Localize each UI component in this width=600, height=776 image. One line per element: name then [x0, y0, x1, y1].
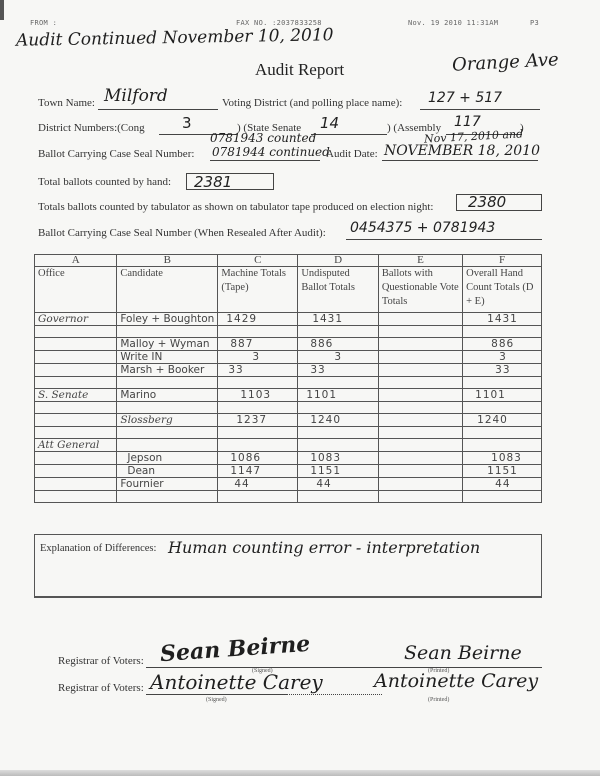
- cell-undisputed: [298, 326, 379, 338]
- cell-machine: 33: [218, 364, 298, 377]
- cell-office: [35, 402, 117, 414]
- scan-edge-bottom: [0, 770, 600, 776]
- cell-office: [35, 326, 117, 338]
- hand-count-value: 2381: [194, 173, 232, 191]
- cell-questionable: [378, 478, 462, 491]
- col-letter-a: A: [35, 255, 117, 267]
- assembly-value: 117: [454, 114, 481, 130]
- town-name-line: [98, 109, 218, 110]
- cell-machine: [218, 326, 298, 338]
- cell-hand-total: [463, 402, 542, 414]
- cell-undisputed: [298, 402, 379, 414]
- cell-hand-total: 1151: [463, 465, 542, 478]
- audit-date-label: Audit Date:: [326, 148, 378, 160]
- cell-hand-total: 886: [463, 338, 542, 351]
- seal-number-counted: 0781943 counted: [210, 131, 316, 145]
- cell-questionable: [378, 364, 462, 377]
- voting-district-line: [420, 109, 540, 110]
- cell-candidate: [117, 402, 218, 414]
- seal-number-line: [210, 160, 320, 161]
- resealed-value: 0454375 + 0781943: [350, 220, 495, 236]
- table-row: Dean 1147 1151 1151: [35, 465, 542, 478]
- explanation-value: Human counting error - interpretation: [168, 538, 480, 557]
- cell-hand-total: [463, 377, 542, 389]
- cell-hand-total: 44: [463, 478, 542, 491]
- cell-office: Governor: [35, 313, 117, 326]
- cell-machine: [218, 439, 298, 452]
- cell-machine: 1086: [218, 452, 298, 465]
- cell-undisputed: [298, 377, 379, 389]
- cell-machine: 1103: [218, 389, 298, 402]
- cell-undisputed: 1101: [298, 389, 379, 402]
- cell-undisputed: 1431: [298, 313, 379, 326]
- cell-undisputed: 44: [298, 478, 379, 491]
- cell-questionable: [378, 389, 462, 402]
- registrar-2-line: [146, 694, 286, 695]
- cell-office: [35, 478, 117, 491]
- state-senate-value: 14: [320, 114, 339, 132]
- cell-machine: 1429: [218, 313, 298, 326]
- registrar-2-signed-caption: (Signed): [206, 697, 227, 703]
- cell-hand-total: [463, 326, 542, 338]
- column-letter-row: A B C D E F: [35, 255, 542, 267]
- cell-undisputed: 1240: [298, 414, 379, 427]
- table-row: [35, 326, 542, 338]
- table-row: [35, 491, 542, 503]
- cell-undisputed: [298, 491, 379, 503]
- table-row: [35, 377, 542, 389]
- fax-from: FROM :: [30, 19, 57, 27]
- cell-candidate: Jepson: [117, 452, 218, 465]
- table-row: Jepson 1086 1083 1083: [35, 452, 542, 465]
- cell-candidate: Write IN: [117, 351, 218, 364]
- cell-office: [35, 351, 117, 364]
- col-letter-f: F: [463, 255, 542, 267]
- cell-candidate: [117, 491, 218, 503]
- cell-machine: [218, 402, 298, 414]
- cell-undisputed: 33: [298, 364, 379, 377]
- cell-questionable: [378, 439, 462, 452]
- scan-edge: [0, 0, 4, 20]
- registrar-2-printed-name: Antoinette Carey: [374, 670, 538, 692]
- tabulator-label: Totals ballots counted by tabulator as s…: [38, 201, 433, 213]
- cell-hand-total: 1101: [463, 389, 542, 402]
- audit-date-line: [382, 160, 538, 161]
- cell-hand-total: 3: [463, 351, 542, 364]
- tabulator-value: 2380: [468, 193, 506, 211]
- cell-office: [35, 452, 117, 465]
- town-name-value: Milford: [104, 86, 168, 106]
- table-row: Write IN 3 3 3: [35, 351, 542, 364]
- cell-candidate: [117, 326, 218, 338]
- table-row: Att General: [35, 439, 542, 452]
- registrar-1-signature: Sean Beirne: [159, 631, 311, 667]
- registrar-2-printed-caption: (Printed): [428, 697, 449, 703]
- table-row: [35, 402, 542, 414]
- cell-machine: 1237: [218, 414, 298, 427]
- cell-machine: 44: [218, 478, 298, 491]
- table-row: Marsh + Booker 33 33 33: [35, 364, 542, 377]
- table-row: Malloy + Wyman 887 886 886: [35, 338, 542, 351]
- table-row: [35, 427, 542, 439]
- cell-questionable: [378, 377, 462, 389]
- hand-count-label: Total ballots counted by hand:: [38, 176, 171, 188]
- registrar-1-printed-name: Sean Beirne: [404, 642, 522, 664]
- cell-undisputed: 886: [298, 338, 379, 351]
- cell-candidate: [117, 377, 218, 389]
- table-row: Slossberg 1237 1240 1240: [35, 414, 542, 427]
- header-questionable: Ballots with Questionable Vote Totals: [378, 267, 462, 313]
- cell-machine: [218, 377, 298, 389]
- cong-value: 3: [182, 114, 192, 132]
- col-letter-e: E: [378, 255, 462, 267]
- cell-candidate: [117, 427, 218, 439]
- cell-undisputed: [298, 427, 379, 439]
- explanation-label: Explanation of Differences:: [40, 543, 156, 554]
- cell-undisputed: [298, 439, 379, 452]
- resealed-line: [346, 239, 542, 240]
- cell-hand-total: 1083: [463, 452, 542, 465]
- voting-district-value: 127 + 517: [428, 90, 502, 106]
- col-letter-d: D: [298, 255, 379, 267]
- column-header-row: Office Candidate Machine Totals (Tape) U…: [35, 267, 542, 313]
- cell-machine: [218, 491, 298, 503]
- table-row: S. Senate Marino 1103 1101 1101: [35, 389, 542, 402]
- cell-undisputed: 1083: [298, 452, 379, 465]
- cell-office: [35, 414, 117, 427]
- registrar-2-label: Registrar of Voters:: [58, 682, 144, 694]
- cell-office: [35, 491, 117, 503]
- cell-questionable: [378, 351, 462, 364]
- cell-machine: 887: [218, 338, 298, 351]
- state-senate-line: [311, 134, 387, 135]
- cell-candidate: [117, 439, 218, 452]
- header-office: Office: [35, 267, 117, 313]
- cell-candidate: Fournier: [117, 478, 218, 491]
- registrar-2-line-dotted: [286, 694, 382, 695]
- fax-page: P3: [530, 19, 539, 27]
- cell-questionable: [378, 402, 462, 414]
- cell-candidate: Slossberg: [117, 414, 218, 427]
- cell-office: [35, 364, 117, 377]
- cell-candidate: Marino: [117, 389, 218, 402]
- cell-candidate: Dean: [117, 465, 218, 478]
- cell-questionable: [378, 427, 462, 439]
- cell-candidate: Marsh + Booker: [117, 364, 218, 377]
- header-hand-count: Overall Hand Count Totals (D + E): [463, 267, 542, 313]
- page-title: Audit Report: [255, 60, 344, 80]
- cell-candidate: Foley + Boughton: [117, 313, 218, 326]
- cell-questionable: [378, 338, 462, 351]
- cell-candidate: Malloy + Wyman: [117, 338, 218, 351]
- col-letter-c: C: [218, 255, 298, 267]
- audit-date-value: NOVEMBER 18, 2010: [384, 143, 540, 159]
- cell-machine: [218, 427, 298, 439]
- header-undisputed: Undisputed Ballot Totals: [298, 267, 379, 313]
- registrar-1-label: Registrar of Voters:: [58, 655, 144, 667]
- cell-machine: 3: [218, 351, 298, 364]
- cell-office: Att General: [35, 439, 117, 452]
- cell-hand-total: 1240: [463, 414, 542, 427]
- cell-office: [35, 377, 117, 389]
- fax-timestamp: Nov. 19 2010 11:31AM: [408, 19, 498, 27]
- cell-machine: 1147: [218, 465, 298, 478]
- town-name-label: Town Name:: [38, 97, 95, 109]
- table-row: Governor Foley + Boughton 1429 1431 1431: [35, 313, 542, 326]
- polling-place-note: Orange Ave: [452, 49, 560, 76]
- audit-table: A B C D E F Office Candidate Machine Tot…: [34, 254, 542, 503]
- col-letter-b: B: [117, 255, 218, 267]
- cell-questionable: [378, 326, 462, 338]
- cell-hand-total: [463, 491, 542, 503]
- handwritten-header: Audit Continued November 10, 2010: [16, 25, 334, 51]
- registrar-1-line: [146, 667, 542, 668]
- voting-district-label: Voting District (and polling place name)…: [222, 97, 402, 109]
- cell-office: [35, 465, 117, 478]
- cell-hand-total: [463, 427, 542, 439]
- seal-number-label: Ballot Carrying Case Seal Number:: [38, 148, 194, 160]
- cell-office: [35, 427, 117, 439]
- cell-undisputed: 1151: [298, 465, 379, 478]
- district-numbers-label: District Numbers:(Cong: [38, 122, 145, 134]
- header-machine-totals: Machine Totals (Tape): [218, 267, 298, 313]
- cell-hand-total: 1431: [463, 313, 542, 326]
- cell-hand-total: 33: [463, 364, 542, 377]
- cell-questionable: [378, 313, 462, 326]
- registrar-2-signature: Antoinette Carey: [150, 670, 323, 694]
- audit-report-page: FROM : FAX NO. :2037833258 Nov. 19 2010 …: [0, 0, 600, 776]
- cell-undisputed: 3: [298, 351, 379, 364]
- cell-hand-total: [463, 439, 542, 452]
- cell-questionable: [378, 414, 462, 427]
- table-row: Fournier 44 44 44: [35, 478, 542, 491]
- seal-number-value: 0781944 continued: [212, 145, 330, 159]
- cell-office: [35, 338, 117, 351]
- resealed-label: Ballot Carrying Case Seal Number (When R…: [38, 227, 326, 239]
- cell-questionable: [378, 491, 462, 503]
- cell-questionable: [378, 465, 462, 478]
- cell-questionable: [378, 452, 462, 465]
- header-candidate: Candidate: [117, 267, 218, 313]
- cell-office: S. Senate: [35, 389, 117, 402]
